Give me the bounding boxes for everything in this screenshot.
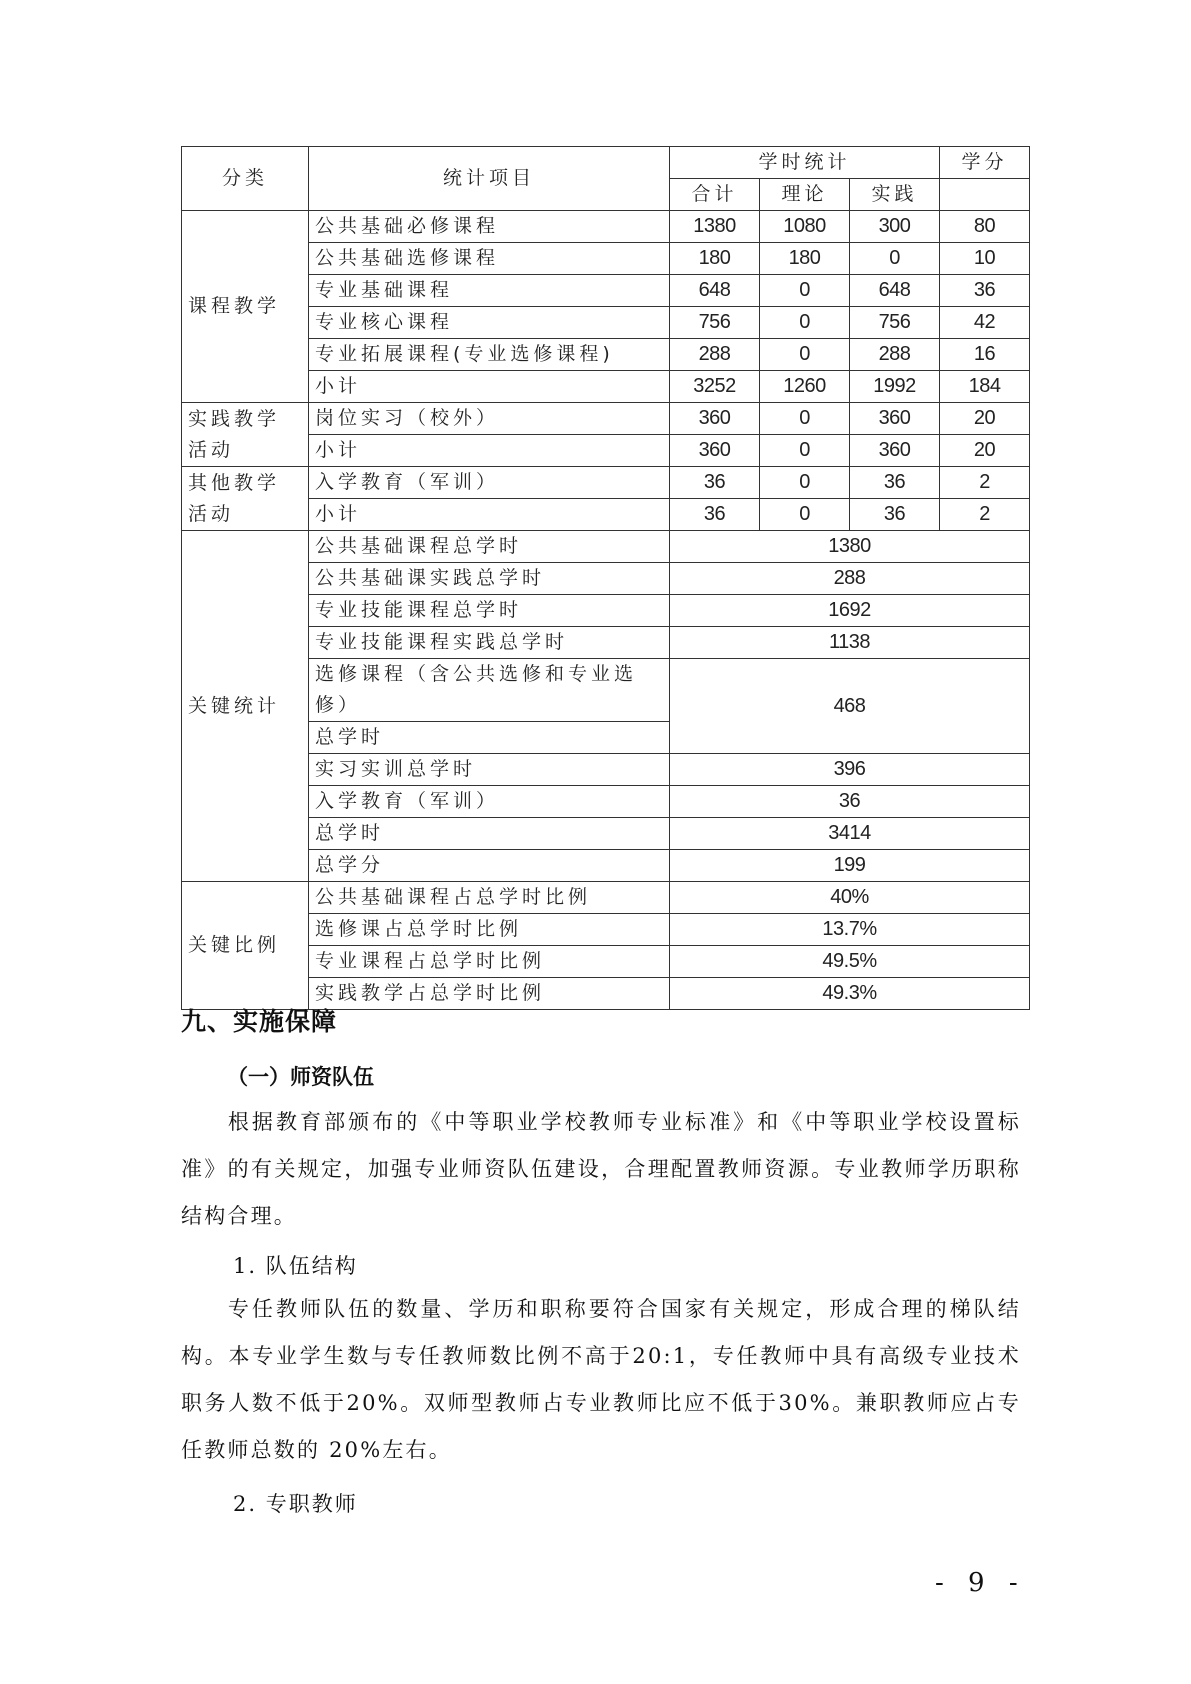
row-practice: 1992	[850, 371, 940, 403]
row-practice: 360	[850, 435, 940, 467]
row-total: 360	[670, 435, 760, 467]
row-item: 公共基础必修课程	[309, 211, 670, 243]
row-total: 648	[670, 275, 760, 307]
row-item: 专业拓展课程(专业选修课程)	[309, 339, 670, 371]
row-item: 实践教学占总学时比例	[309, 978, 670, 1010]
row-value: 396	[670, 754, 1030, 786]
row-item: 公共基础课程总学时	[309, 531, 670, 563]
row-total: 36	[670, 467, 760, 499]
header-category: 分类	[182, 147, 309, 211]
row-total: 1380	[670, 211, 760, 243]
row-value: 3414	[670, 818, 1030, 850]
row-item: 岗位实习（校外）	[309, 403, 670, 435]
row-practice: 36	[850, 499, 940, 531]
category-line: 其他教学	[188, 472, 280, 494]
category-line: 活动	[188, 503, 234, 525]
row-item: 公共基础课实践总学时	[309, 563, 670, 595]
row-practice: 648	[850, 275, 940, 307]
row-credits: 16	[940, 339, 1030, 371]
row-theory: 0	[760, 499, 850, 531]
row-total: 36	[670, 499, 760, 531]
table-row: 关键比例 公共基础课程占总学时比例 40%	[182, 882, 1030, 914]
table-row: 总学时 3414	[182, 818, 1030, 850]
row-item: 专业技能课程实践总学时	[309, 627, 670, 659]
row-item: 总学时	[309, 722, 670, 754]
row-value: 1692	[670, 595, 1030, 627]
table-row: 其他教学活动 入学教育（军训） 36 0 36 2	[182, 467, 1030, 499]
row-value: 1138	[670, 627, 1030, 659]
table-row: 专业技能课程实践总学时 1138	[182, 627, 1030, 659]
table-row: 公共基础选修课程 180 180 0 10	[182, 243, 1030, 275]
table-row: 专业拓展课程(专业选修课程) 288 0 288 16	[182, 339, 1030, 371]
paragraph-text: 专任教师队伍的数量、学历和职称要符合国家有关规定，形成合理的梯队结构。本专业学生…	[181, 1297, 1021, 1462]
table-row: 专业基础课程 648 0 648 36	[182, 275, 1030, 307]
row-practice: 300	[850, 211, 940, 243]
header-item: 统计项目	[309, 147, 670, 211]
row-credits: 36	[940, 275, 1030, 307]
subtotal-row: 小计 360 0 360 20	[182, 435, 1030, 467]
row-theory: 0	[760, 275, 850, 307]
document-page: 分类 统计项目 学时统计 学分 合计 理论 实践 课程教学 公共基础必修课程 1…	[0, 0, 1191, 1684]
table-row: 选修课程（含公共选修和专业选修） 468	[182, 659, 1030, 722]
row-total: 180	[670, 243, 760, 275]
row-theory: 0	[760, 467, 850, 499]
table-row: 入学教育（军训） 36	[182, 786, 1030, 818]
row-value: 13.7%	[670, 914, 1030, 946]
row-item: 专业核心课程	[309, 307, 670, 339]
item2-title: 2. 专职教师	[233, 1488, 358, 1518]
header-theory: 理论	[760, 179, 850, 211]
row-theory: 0	[760, 307, 850, 339]
row-theory: 1080	[760, 211, 850, 243]
row-credits: 2	[940, 499, 1030, 531]
table-row: 实习实训总学时 396	[182, 754, 1030, 786]
row-item: 小计	[309, 435, 670, 467]
category-key-stats: 关键统计	[182, 531, 309, 882]
category-line: 实践教学	[188, 408, 280, 430]
header-credits-blank	[940, 179, 1030, 211]
row-item: 入学教育（军训）	[309, 786, 670, 818]
row-total: 756	[670, 307, 760, 339]
row-item: 总学分	[309, 850, 670, 882]
row-theory: 0	[760, 403, 850, 435]
row-theory: 1260	[760, 371, 850, 403]
row-item: 实习实训总学时	[309, 754, 670, 786]
row-credits: 184	[940, 371, 1030, 403]
intro-paragraph: 根据教育部颁布的《中等职业学校教师专业标准》和《中等职业学校设置标准》的有关规定…	[181, 1099, 1021, 1240]
table-header-row: 分类 统计项目 学时统计 学分	[182, 147, 1030, 179]
subtotal-row: 小计 36 0 36 2	[182, 499, 1030, 531]
row-value: 199	[670, 850, 1030, 882]
header-practice: 实践	[850, 179, 940, 211]
row-value: 1380	[670, 531, 1030, 563]
row-value: 468	[670, 659, 1030, 754]
table-row: 关键统计 公共基础课程总学时 1380	[182, 531, 1030, 563]
row-total: 3252	[670, 371, 760, 403]
row-practice: 0	[850, 243, 940, 275]
row-credits: 42	[940, 307, 1030, 339]
row-item: 小计	[309, 371, 670, 403]
hours-statistics-table: 分类 统计项目 学时统计 学分 合计 理论 实践 课程教学 公共基础必修课程 1…	[181, 146, 1030, 1010]
row-total: 288	[670, 339, 760, 371]
subtotal-row: 小计 3252 1260 1992 184	[182, 371, 1030, 403]
row-practice: 36	[850, 467, 940, 499]
row-practice: 360	[850, 403, 940, 435]
section-heading: 九、实施保障	[181, 1002, 337, 1038]
row-value: 49.3%	[670, 978, 1030, 1010]
table-row: 选修课占总学时比例 13.7%	[182, 914, 1030, 946]
row-value: 49.5%	[670, 946, 1030, 978]
row-item: 选修课程（含公共选修和专业选修）	[309, 659, 670, 722]
row-item: 选修课占总学时比例	[309, 914, 670, 946]
row-practice: 288	[850, 339, 940, 371]
row-item: 专业课程占总学时比例	[309, 946, 670, 978]
page-number: - 9 -	[935, 1568, 1026, 1598]
paragraph-text: 根据教育部颁布的《中等职业学校教师专业标准》和《中等职业学校设置标准》的有关规定…	[181, 1110, 1021, 1228]
table-row: 专业课程占总学时比例 49.5%	[182, 946, 1030, 978]
row-item: 总学时	[309, 818, 670, 850]
row-credits: 2	[940, 467, 1030, 499]
row-practice: 756	[850, 307, 940, 339]
row-total: 360	[670, 403, 760, 435]
table-row: 总学分 199	[182, 850, 1030, 882]
row-credits: 80	[940, 211, 1030, 243]
table-row: 实践教学活动 岗位实习（校外） 360 0 360 20	[182, 403, 1030, 435]
header-total: 合计	[670, 179, 760, 211]
row-value: 36	[670, 786, 1030, 818]
subsection-heading: （一）师资队伍	[227, 1061, 374, 1091]
row-item: 公共基础课程占总学时比例	[309, 882, 670, 914]
table-row: 专业技能课程总学时 1692	[182, 595, 1030, 627]
row-item-line: 总学时	[315, 726, 384, 748]
row-item: 专业基础课程	[309, 275, 670, 307]
category-practice-activities: 实践教学活动	[182, 403, 309, 467]
category-key-ratios: 关键比例	[182, 882, 309, 1010]
row-value: 40%	[670, 882, 1030, 914]
header-hours-group: 学时统计	[670, 147, 940, 179]
row-theory: 0	[760, 339, 850, 371]
header-credits: 学分	[940, 147, 1030, 179]
row-theory: 0	[760, 435, 850, 467]
category-other-activities: 其他教学活动	[182, 467, 309, 531]
row-item: 入学教育（军训）	[309, 467, 670, 499]
row-item: 小计	[309, 499, 670, 531]
row-value: 288	[670, 563, 1030, 595]
item1-title: 1. 队伍结构	[233, 1250, 358, 1280]
row-credits: 20	[940, 403, 1030, 435]
item1-paragraph: 专任教师队伍的数量、学历和职称要符合国家有关规定，形成合理的梯队结构。本专业学生…	[181, 1286, 1021, 1474]
row-theory: 180	[760, 243, 850, 275]
row-item: 专业技能课程总学时	[309, 595, 670, 627]
table-row: 课程教学 公共基础必修课程 1380 1080 300 80	[182, 211, 1030, 243]
row-credits: 10	[940, 243, 1030, 275]
row-item: 公共基础选修课程	[309, 243, 670, 275]
row-item-line: 选修课程（含公共选修和专业选修）	[315, 663, 637, 716]
table-row: 专业核心课程 756 0 756 42	[182, 307, 1030, 339]
category-line: 活动	[188, 439, 234, 461]
table-row: 公共基础课实践总学时 288	[182, 563, 1030, 595]
category-course-teaching: 课程教学	[182, 211, 309, 403]
row-credits: 20	[940, 435, 1030, 467]
